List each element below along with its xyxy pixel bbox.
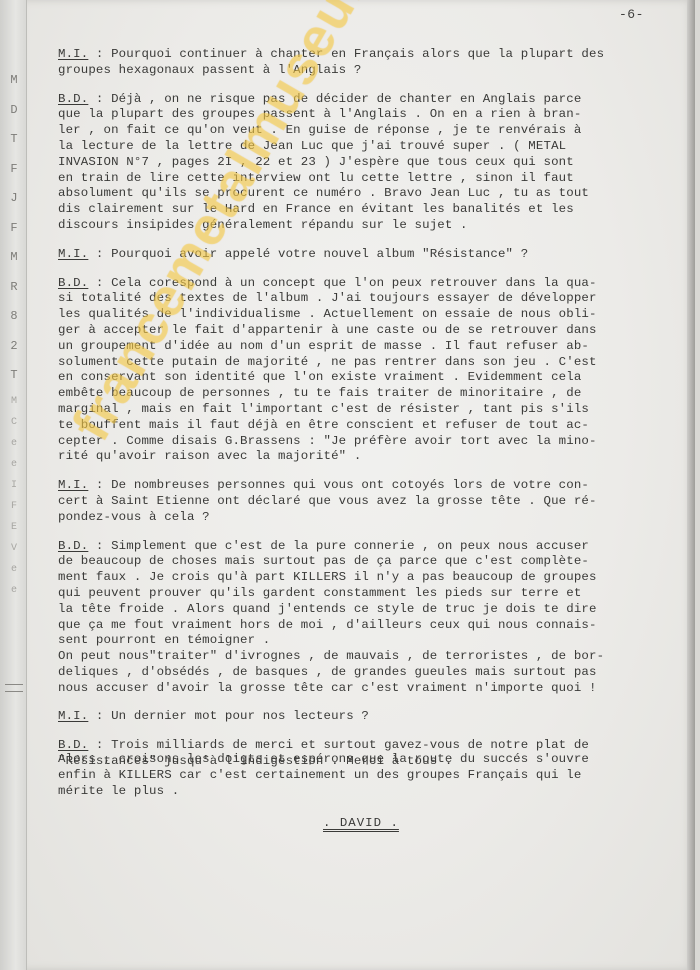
speaker-label: M.I. bbox=[58, 709, 88, 723]
edge-letter-faint: E bbox=[7, 517, 21, 538]
line-text: cepter . Comme disais G.Brassens : "Je p… bbox=[58, 434, 597, 448]
text-line: si totalité des textes de l'album . J'ai… bbox=[58, 291, 658, 307]
text-line: la lecture de la lettre de Jean Luc que … bbox=[58, 139, 658, 155]
edge-letter-faint: e bbox=[7, 559, 21, 580]
line-text: te bouffent mais il faut déjà en être co… bbox=[58, 418, 589, 432]
text-line: On peut nous"traiter" d'ivrognes , de ma… bbox=[58, 649, 658, 665]
text-line: Alors , croisons les doigts et espérons … bbox=[58, 752, 658, 768]
edge-letter: T bbox=[7, 125, 21, 155]
text-line: sent pourront en témoigner . bbox=[58, 633, 658, 649]
text-line: discours insipides généralement répandu … bbox=[58, 218, 658, 234]
text-line: mérite le plus . bbox=[58, 784, 658, 800]
edge-letter-faint: e bbox=[7, 580, 21, 601]
edge-letter: F bbox=[7, 155, 21, 185]
text-line: M.I. : Pourquoi continuer à chanter en F… bbox=[58, 47, 658, 63]
line-text: qui peuvent prouver qu'ils gardent const… bbox=[58, 586, 581, 600]
text-line: absolument qu'ils se procurent ce numéro… bbox=[58, 186, 658, 202]
line-text: deliques , d'obsédés , de basques , de g… bbox=[58, 665, 597, 679]
edge-letter: D bbox=[7, 96, 21, 126]
line-text: la tête froide . Alors quand j'entends c… bbox=[58, 602, 597, 616]
closing-paragraph: Alors , croisons les doigts et espérons … bbox=[58, 752, 658, 799]
page-edge-shadow bbox=[687, 0, 695, 970]
line-text: les qualités de l'individualisme . Actue… bbox=[58, 307, 597, 321]
text-line: la tête froide . Alors quand j'entends c… bbox=[58, 602, 658, 618]
text-line: un groupement d'idée au nom d'un esprit … bbox=[58, 339, 658, 355]
text-line: pondez-vous à cela ? bbox=[58, 510, 658, 526]
line-text: rité qu'avoir raison avec la majorité" . bbox=[58, 449, 361, 463]
edge-letter-faint: e bbox=[7, 454, 21, 475]
speaker-label: M.I. bbox=[58, 247, 88, 261]
text-line: B.D. : Cela corespond à un concept que l… bbox=[58, 276, 658, 292]
edge-letter: M bbox=[7, 243, 21, 273]
text-line: dis clairement sur le Hard en France en … bbox=[58, 202, 658, 218]
question-paragraph: M.I. : De nombreuses personnes qui vous … bbox=[58, 478, 658, 525]
line-text: embête beaucoup de personnes , tu te fai… bbox=[58, 386, 581, 400]
edge-letter-faint: e bbox=[7, 433, 21, 454]
edge-letter: M bbox=[7, 66, 21, 96]
previous-page-edge: MDTFJFMR82TMCeeIFEVee bbox=[0, 0, 27, 970]
text-line: M.I. : De nombreuses personnes qui vous … bbox=[58, 478, 658, 494]
text-line: groupes hexagonaux passent à l'Anglais ? bbox=[58, 63, 658, 79]
text-line: te bouffent mais il faut déjà en être co… bbox=[58, 418, 658, 434]
text-line: nous accuser d'avoir la grosse tête car … bbox=[58, 681, 658, 697]
text-line: embête beaucoup de personnes , tu te fai… bbox=[58, 386, 658, 402]
text-line: B.D. : Simplement que c'est de la pure c… bbox=[58, 539, 658, 555]
speaker-label: M.I. bbox=[58, 47, 88, 61]
question-paragraph: M.I. : Pourquoi avoir appelé votre nouve… bbox=[58, 247, 658, 263]
edge-rule-marks bbox=[5, 684, 23, 692]
line-text: cert à Saint Etienne ont déclaré que vou… bbox=[58, 494, 597, 508]
line-text: INVASION N°7 , pages 2I , 22 et 23 ) J'e… bbox=[58, 155, 574, 169]
text-line: INVASION N°7 , pages 2I , 22 et 23 ) J'e… bbox=[58, 155, 658, 171]
edge-letter: J bbox=[7, 184, 21, 214]
line-text: ger à accepter le fait d'appartenir à un… bbox=[58, 323, 597, 337]
speaker-label: B.D. bbox=[58, 738, 88, 752]
line-text: : Déjà , on ne risque pas de décider de … bbox=[88, 92, 581, 106]
edge-letter-faint: C bbox=[7, 412, 21, 433]
speaker-label: M.I. bbox=[58, 478, 88, 492]
line-text: si totalité des textes de l'album . J'ai… bbox=[58, 291, 597, 305]
text-line: en conservant son identité que l'on exis… bbox=[58, 370, 658, 386]
line-text: de beaucoup de choses mais surtout pas d… bbox=[58, 554, 589, 568]
text-line: solument cette putain de majorité , ne p… bbox=[58, 355, 658, 371]
edge-letter: 2 bbox=[7, 332, 21, 362]
line-text: : Trois milliards de merci et surtout ga… bbox=[88, 738, 589, 752]
text-line: B.D. : Déjà , on ne risque pas de décide… bbox=[58, 92, 658, 108]
text-line: en train de lire cette interview ont lu … bbox=[58, 171, 658, 187]
answer-paragraph: B.D. : Déjà , on ne risque pas de décide… bbox=[58, 92, 658, 234]
text-line: M.I. : Pourquoi avoir appelé votre nouve… bbox=[58, 247, 658, 263]
line-text: ment faux . Je crois qu'à part KILLERS i… bbox=[58, 570, 597, 584]
text-line: deliques , d'obsédés , de basques , de g… bbox=[58, 665, 658, 681]
text-line: ger à accepter le fait d'appartenir à un… bbox=[58, 323, 658, 339]
answer-paragraph: B.D. : Simplement que c'est de la pure c… bbox=[58, 539, 658, 697]
speaker-label: B.D. bbox=[58, 539, 88, 553]
text-line: que ça me fout vraiment hors de moi , d'… bbox=[58, 618, 658, 634]
text-line: ment faux . Je crois qu'à part KILLERS i… bbox=[58, 570, 658, 586]
speaker-label: B.D. bbox=[58, 276, 88, 290]
answer-paragraph: B.D. : Cela corespond à un concept que l… bbox=[58, 276, 658, 466]
line-text: marginal , mais en fait l'important c'es… bbox=[58, 402, 589, 416]
line-text: : Simplement que c'est de la pure conner… bbox=[88, 539, 589, 553]
line-text: nous accuser d'avoir la grosse tête car … bbox=[58, 681, 597, 695]
text-line: les qualités de l'individualisme . Actue… bbox=[58, 307, 658, 323]
line-text: : Un dernier mot pour nos lecteurs ? bbox=[88, 709, 369, 723]
edge-letter-faint: I bbox=[7, 475, 21, 496]
text-line: que la plupart des groupes passent à l'A… bbox=[58, 107, 658, 123]
line-text: discours insipides généralement répandu … bbox=[58, 218, 468, 232]
text-line: M.I. : Un dernier mot pour nos lecteurs … bbox=[58, 709, 658, 725]
question-paragraph: M.I. : Pourquoi continuer à chanter en F… bbox=[58, 47, 658, 79]
line-text: en train de lire cette interview ont lu … bbox=[58, 171, 574, 185]
edge-letter-faint: M bbox=[7, 391, 21, 412]
edge-letter: F bbox=[7, 214, 21, 244]
line-text: dis clairement sur le Hard en France en … bbox=[58, 202, 574, 216]
line-text: : De nombreuses personnes qui vous ont c… bbox=[88, 478, 589, 492]
edge-letter-faint: F bbox=[7, 496, 21, 517]
question-paragraph: M.I. : Un dernier mot pour nos lecteurs … bbox=[58, 709, 658, 725]
edge-letter: R bbox=[7, 273, 21, 303]
speaker-label: B.D. bbox=[58, 92, 88, 106]
text-line: rité qu'avoir raison avec la majorité" . bbox=[58, 449, 658, 465]
edge-letter: 8 bbox=[7, 302, 21, 332]
text-line: cert à Saint Etienne ont déclaré que vou… bbox=[58, 494, 658, 510]
line-text: ler , on fait ce qu'on veut . En guise d… bbox=[58, 123, 581, 137]
line-text: : Cela corespond à un concept que l'on p… bbox=[88, 276, 596, 290]
edge-letter-faint: V bbox=[7, 538, 21, 559]
author-signature: . DAVID . bbox=[323, 816, 399, 830]
line-text: que la plupart des groupes passent à l'A… bbox=[58, 107, 581, 121]
text-line: de beaucoup de choses mais surtout pas d… bbox=[58, 554, 658, 570]
edge-letters: MDTFJFMR82TMCeeIFEVee bbox=[7, 66, 21, 601]
line-text: un groupement d'idée au nom d'un esprit … bbox=[58, 339, 589, 353]
edge-letter: T bbox=[7, 361, 21, 391]
interview-body: M.I. : Pourquoi continuer à chanter en F… bbox=[58, 47, 658, 783]
line-text: sent pourront en témoigner . bbox=[58, 633, 270, 647]
line-text: solument cette putain de majorité , ne p… bbox=[58, 355, 597, 369]
line-text: en conservant son identité que l'on exis… bbox=[58, 370, 581, 384]
text-line: qui peuvent prouver qu'ils gardent const… bbox=[58, 586, 658, 602]
line-text: que ça me fout vraiment hors de moi , d'… bbox=[58, 618, 597, 632]
text-line: enfin à KILLERS car c'est certainement u… bbox=[58, 768, 658, 784]
text-line: ler , on fait ce qu'on veut . En guise d… bbox=[58, 123, 658, 139]
line-text: On peut nous"traiter" d'ivrognes , de ma… bbox=[58, 649, 604, 663]
text-line: cepter . Comme disais G.Brassens : "Je p… bbox=[58, 434, 658, 450]
line-text: pondez-vous à cela ? bbox=[58, 510, 210, 524]
line-text: la lecture de la lettre de Jean Luc que … bbox=[58, 139, 566, 153]
line-text: groupes hexagonaux passent à l'Anglais ? bbox=[58, 63, 361, 77]
text-line: marginal , mais en fait l'important c'es… bbox=[58, 402, 658, 418]
line-text: : Pourquoi continuer à chanter en França… bbox=[88, 47, 604, 61]
page-number: -6- bbox=[619, 7, 644, 22]
line-text: : Pourquoi avoir appelé votre nouvel alb… bbox=[88, 247, 528, 261]
line-text: absolument qu'ils se procurent ce numéro… bbox=[58, 186, 589, 200]
